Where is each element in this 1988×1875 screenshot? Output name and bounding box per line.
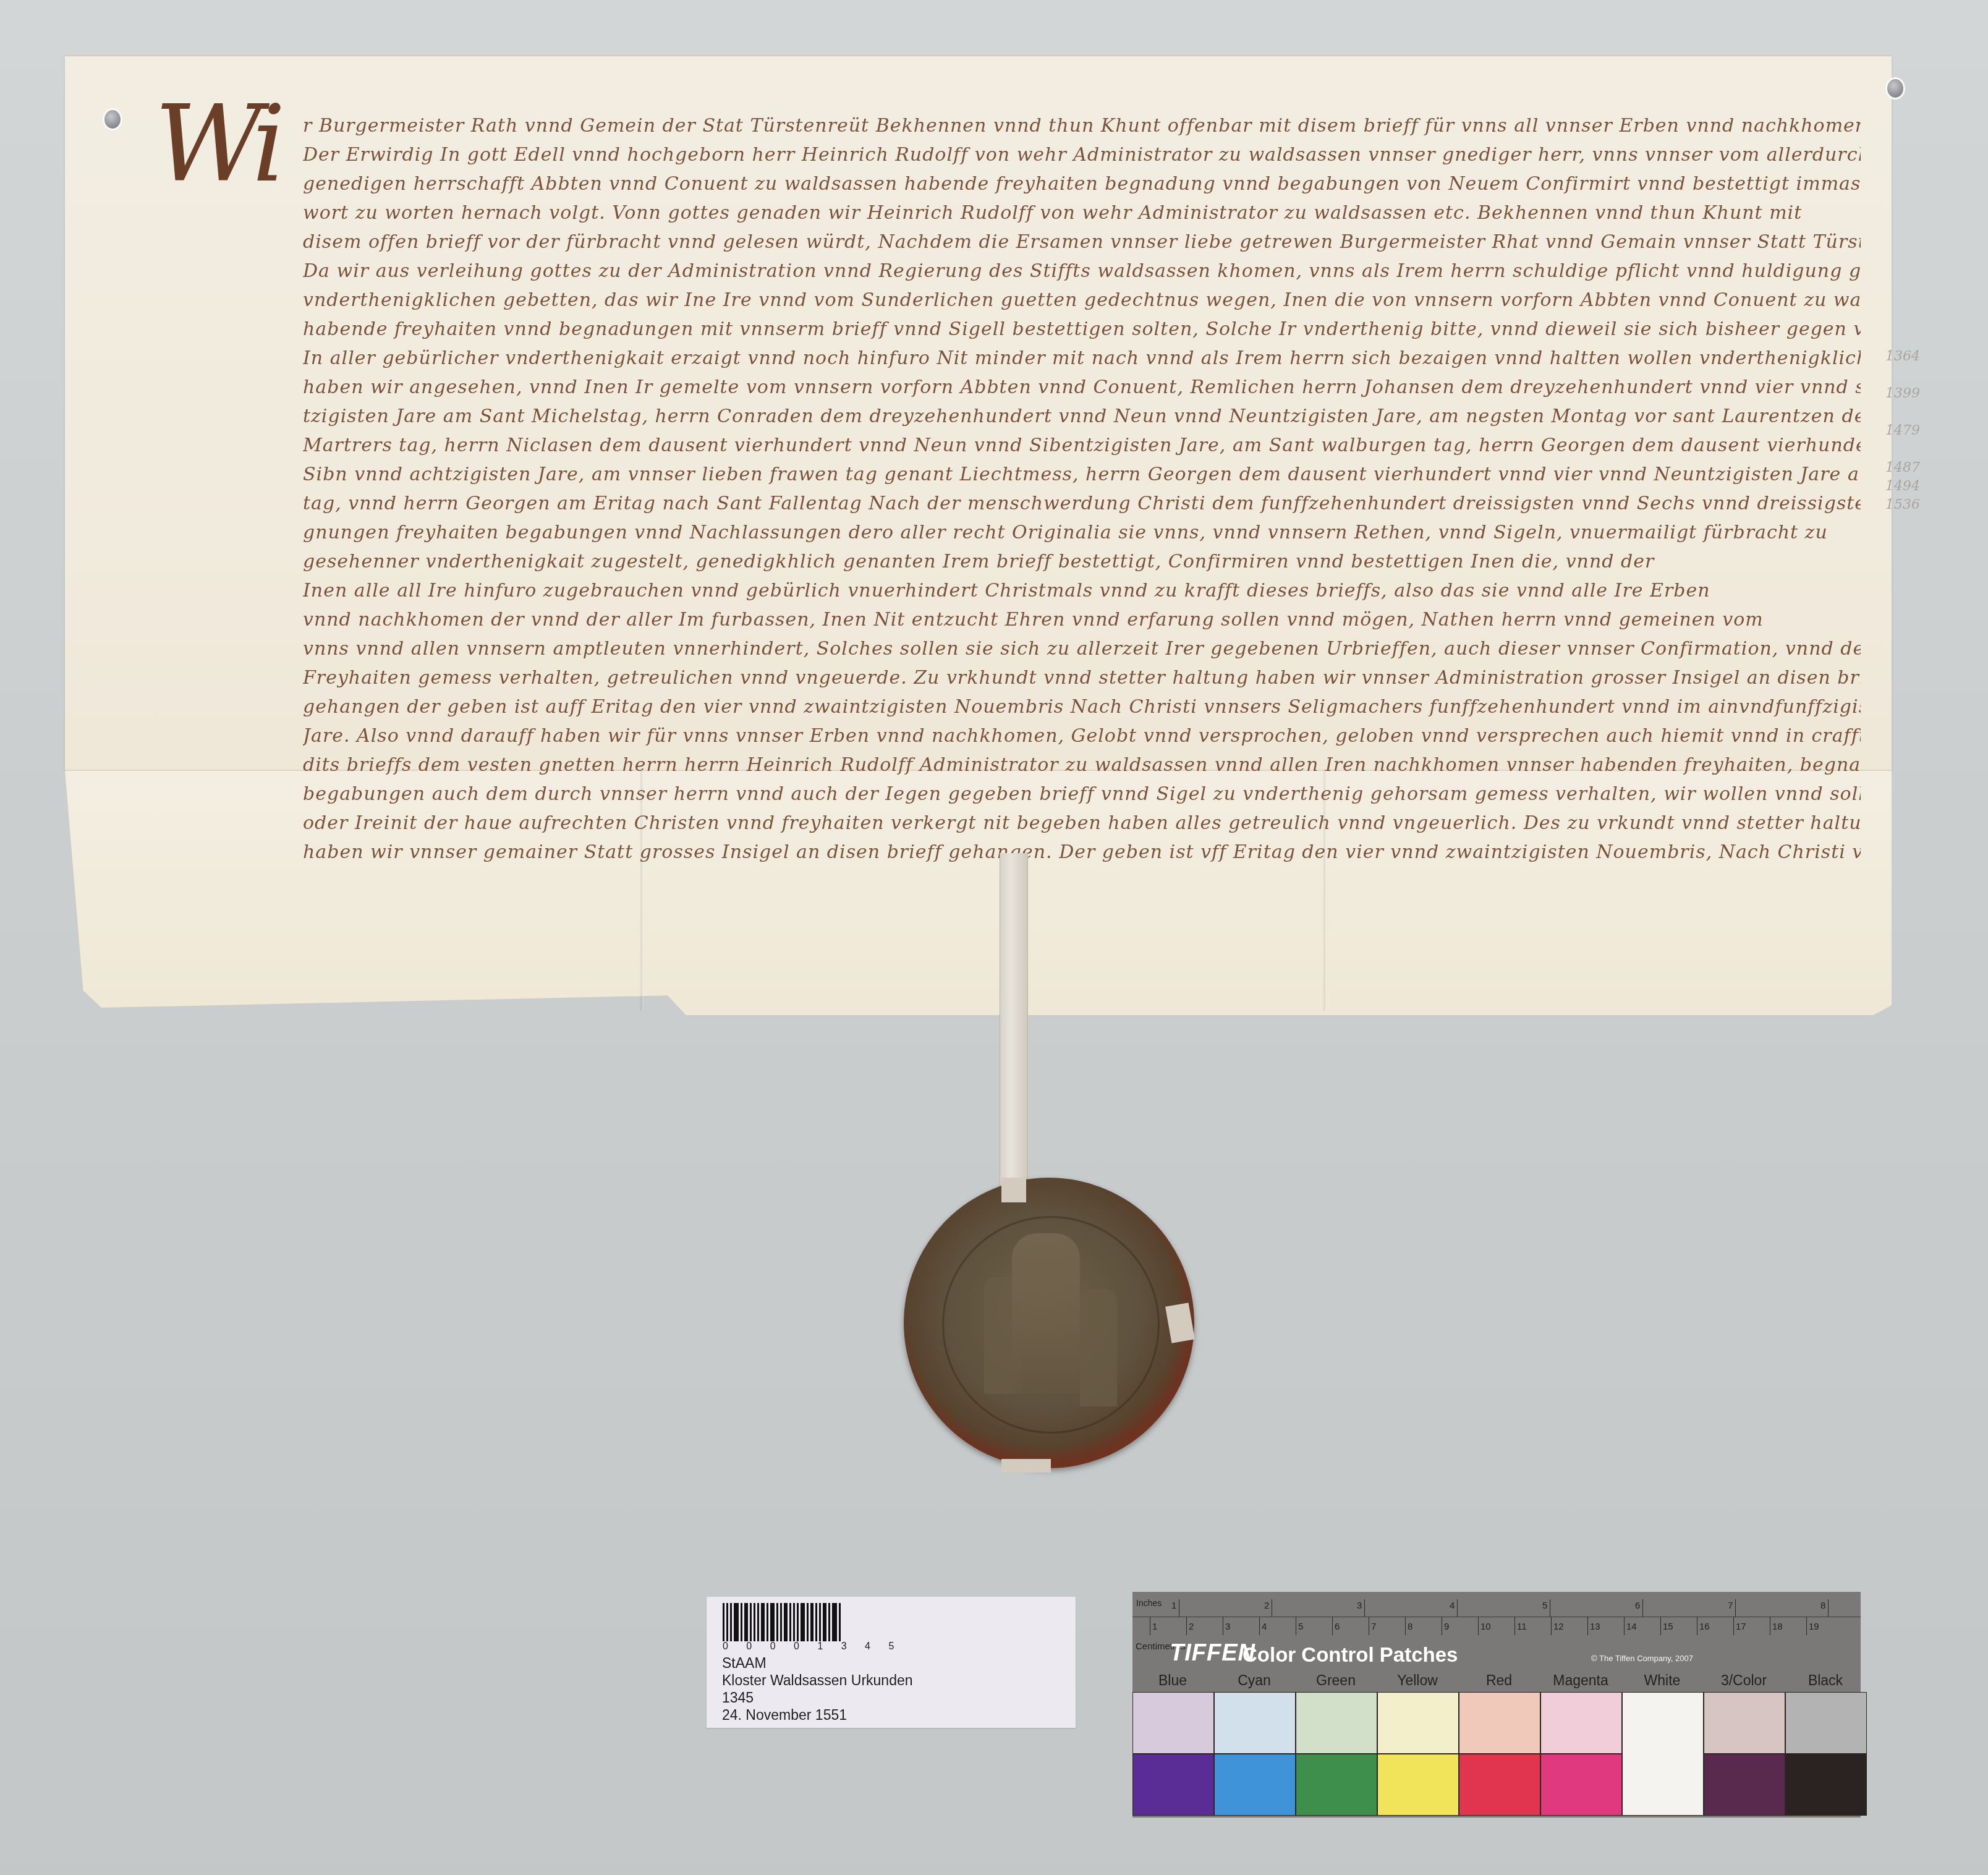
seal-tower-right <box>1080 1289 1117 1406</box>
charter-line: Freyhaiten gemess verhalten, getreuliche… <box>303 663 1861 692</box>
charter-line: gnungen freyhaiten begabungen vnnd Nachl… <box>303 518 1861 547</box>
patch-label-magenta: Magenta <box>1540 1672 1621 1689</box>
barcode-bar <box>801 1603 805 1641</box>
barcode-bar <box>730 1603 732 1641</box>
checker-copyright: © The Tiffen Company, 2007 <box>1591 1654 1693 1663</box>
cm-number: 7 <box>1371 1622 1376 1632</box>
patch-light <box>1214 1692 1296 1754</box>
cm-tick <box>1660 1617 1661 1635</box>
barcode-bar <box>815 1603 817 1641</box>
charter-line: oder Ireinit der haue aufrechten Christe… <box>303 809 1861 838</box>
cm-number: 8 <box>1408 1622 1412 1632</box>
patch-dark <box>1296 1754 1377 1816</box>
patch-label-white: White <box>1622 1672 1702 1689</box>
patch-label-black: Black <box>1785 1672 1866 1689</box>
cm-tick <box>1405 1617 1406 1635</box>
margin-note: 1364 <box>1885 346 1920 367</box>
mounting-pin-right-icon <box>1885 77 1905 100</box>
label-number: 1345 <box>722 1689 913 1706</box>
margin-note: 1487 <box>1885 457 1920 478</box>
barcode-bar <box>750 1603 752 1641</box>
barcode-bar <box>744 1603 748 1641</box>
inch-number: 4 <box>1450 1601 1455 1611</box>
charter-line: vnnd nachkhomen der vnnd der aller Im fu… <box>303 605 1861 634</box>
patch-light <box>1540 1692 1622 1754</box>
ruler-inches <box>1132 1592 1861 1617</box>
cm-tick <box>1296 1617 1296 1635</box>
inch-tick <box>1457 1599 1458 1617</box>
charter-line: Sibn vnnd achtzigisten Jare, am vnnser l… <box>303 460 1861 489</box>
cm-tick <box>1442 1617 1442 1635</box>
margin-note: 1536 <box>1885 495 1920 516</box>
barcode-bar <box>757 1603 759 1641</box>
barcode-bar <box>793 1603 795 1641</box>
inch-number: 2 <box>1264 1601 1269 1611</box>
cm-number: 18 <box>1772 1622 1783 1632</box>
barcode-bar <box>784 1603 788 1641</box>
barcode-bar <box>734 1603 739 1641</box>
barcode-bar <box>839 1603 841 1641</box>
margin-note: 1399 <box>1885 383 1920 404</box>
cm-tick <box>1369 1617 1369 1635</box>
cm-number: 15 <box>1663 1622 1673 1632</box>
label-text: StAAM Kloster Waldsassen Urkunden 1345 2… <box>722 1654 913 1724</box>
cm-number: 9 <box>1444 1622 1449 1632</box>
patch-light <box>1704 1692 1785 1754</box>
color-patches <box>1132 1692 1861 1816</box>
strap-bottom-tab <box>1001 1459 1051 1473</box>
barcode-bar <box>776 1603 778 1641</box>
checker-title: Color Control Patches <box>1242 1643 1458 1667</box>
cm-number: 14 <box>1626 1622 1637 1632</box>
cm-number: 13 <box>1590 1622 1600 1632</box>
cm-number: 19 <box>1809 1622 1819 1632</box>
cm-number: 2 <box>1189 1622 1194 1632</box>
charter-line: wort zu worten hernach volgt. Vonn gotte… <box>303 198 1861 227</box>
decorated-initial: Wi <box>155 83 277 206</box>
patch-dark <box>1785 1754 1867 1816</box>
inch-number: 7 <box>1728 1601 1733 1611</box>
seal-figure <box>1012 1233 1080 1394</box>
archive-label: 0 0 0 0 1 3 4 5 StAAM Kloster Waldsassen… <box>707 1597 1076 1728</box>
patch-dark <box>1704 1754 1785 1816</box>
barcode-digits: 0 0 0 0 1 3 4 5 <box>723 1641 902 1652</box>
cm-number: 11 <box>1517 1622 1527 1632</box>
cm-tick <box>1806 1617 1807 1635</box>
cm-tick <box>1514 1617 1515 1635</box>
barcode-bar <box>723 1603 724 1641</box>
inch-tick <box>1642 1599 1643 1617</box>
charter-line: Inen alle all Ire hinfuro zugebrauchen v… <box>303 576 1861 605</box>
charter-line: tag, vnnd herrn Georgen am Eritag nach S… <box>303 489 1861 518</box>
barcode-bar <box>807 1603 809 1641</box>
cm-number: 17 <box>1736 1622 1746 1632</box>
charter-line: haben wir angesehen, vnnd Inen Ir gemelt… <box>303 373 1861 402</box>
inch-tick <box>1735 1599 1736 1617</box>
charter-line: habende freyhaiten vnnd begnadungen mit … <box>303 315 1861 344</box>
label-date: 24. November 1551 <box>722 1706 913 1724</box>
patch-label-yellow: Yellow <box>1377 1672 1458 1689</box>
inch-number: 3 <box>1357 1601 1362 1611</box>
patch-light <box>1459 1692 1540 1754</box>
cm-tick <box>1770 1617 1770 1635</box>
charter-line: gehangen der geben ist auff Eritag den v… <box>303 692 1861 721</box>
inch-number: 8 <box>1820 1601 1825 1611</box>
inch-tick <box>1550 1599 1550 1617</box>
barcode-bar <box>828 1603 830 1641</box>
patch-light <box>1132 1692 1214 1754</box>
barcode <box>723 1603 843 1641</box>
barcode-bar <box>741 1603 742 1641</box>
patch-dark <box>1540 1754 1622 1816</box>
inch-number: 5 <box>1542 1601 1547 1611</box>
cm-tick <box>1478 1617 1479 1635</box>
inch-number: 1 <box>1171 1601 1176 1611</box>
inch-tick <box>1364 1599 1365 1617</box>
barcode-bar <box>832 1603 837 1641</box>
cm-tick <box>1551 1617 1552 1635</box>
cm-number: 4 <box>1262 1622 1267 1632</box>
charter-line: Da wir aus verleihung gottes zu der Admi… <box>303 257 1861 286</box>
charter-line: dits brieffs dem vesten gnetten herrn he… <box>303 750 1861 780</box>
cm-tick <box>1587 1617 1588 1635</box>
wax-seal <box>904 1178 1194 1468</box>
cm-tick <box>1150 1617 1150 1635</box>
cm-tick <box>1223 1617 1223 1635</box>
cm-number: 5 <box>1298 1622 1303 1632</box>
patch-label-cyan: Cyan <box>1214 1672 1294 1689</box>
barcode-bar <box>754 1603 755 1641</box>
charter-line: In aller gebürlicher vnderthenigkait erz… <box>303 344 1861 373</box>
inch-tick <box>1272 1599 1272 1617</box>
patch-names: BlueCyanGreenYellowRedMagentaWhite3/Colo… <box>1132 1672 1861 1691</box>
barcode-bar <box>767 1603 768 1641</box>
charter-line: Martrers tag, herrn Niclasen dem dausent… <box>303 431 1861 460</box>
cm-number: 6 <box>1335 1622 1340 1632</box>
inch-tick <box>1179 1599 1179 1617</box>
patch-label-blue: Blue <box>1132 1672 1213 1689</box>
charter-line: r Burgermeister Rath vnnd Gemein der Sta… <box>303 111 1861 140</box>
cm-number: 12 <box>1553 1622 1564 1632</box>
barcode-bar <box>780 1603 782 1641</box>
mounting-pin-left-icon <box>103 108 122 130</box>
seal-strap <box>1000 853 1028 1187</box>
inch-tick <box>1828 1599 1829 1617</box>
patch-light <box>1296 1692 1377 1754</box>
ruler-inches-label: Inches <box>1136 1598 1162 1608</box>
barcode-bar <box>819 1603 821 1641</box>
barcode-bar <box>823 1603 826 1641</box>
charter-line: tzigisten Jare am Sant Michelstag, herrn… <box>303 402 1861 431</box>
inch-number: 6 <box>1635 1601 1640 1611</box>
charter-line: begabungen auch dem durch vnnser herrn v… <box>303 780 1861 809</box>
charter-line: disem offen brieff vor der fürbracht vnn… <box>303 227 1861 257</box>
barcode-bar <box>797 1603 799 1641</box>
cm-tick <box>1186 1617 1187 1635</box>
cm-number: 3 <box>1225 1622 1230 1632</box>
strap-top-tab <box>1001 1178 1026 1202</box>
patch-dark <box>1377 1754 1459 1816</box>
charter-line: vnns vnnd allen vnnsern amptleuten vnner… <box>303 634 1861 663</box>
label-collection: Kloster Waldsassen Urkunden <box>722 1672 913 1689</box>
patch-light <box>1377 1692 1459 1754</box>
margin-note: 1479 <box>1885 420 1920 441</box>
barcode-bar <box>726 1603 728 1641</box>
cm-tick <box>1624 1617 1625 1635</box>
color-checker-card: Inches 123456781234567891011121314151617… <box>1132 1592 1861 1818</box>
patch-label-3-color: 3/Color <box>1704 1672 1784 1689</box>
charter-text: r Burgermeister Rath vnnd Gemein der Sta… <box>303 111 1861 867</box>
patch-light <box>1785 1692 1867 1754</box>
cm-number: 1 <box>1152 1622 1157 1632</box>
charter-line: Jare. Also vnnd darauff haben wir für vn… <box>303 721 1861 750</box>
patch-label-red: Red <box>1459 1672 1539 1689</box>
cm-tick <box>1259 1617 1260 1635</box>
patch-label-green: Green <box>1296 1672 1376 1689</box>
charter-line: haben wir vnnser gemainer Statt grosses … <box>303 838 1861 867</box>
margin-note: 1494 <box>1885 476 1920 497</box>
patch-dark <box>1459 1754 1540 1816</box>
cm-number: 10 <box>1480 1622 1491 1632</box>
charter-line: genedigen herrschafft Abbten vnnd Conuen… <box>303 169 1861 198</box>
cm-tick <box>1697 1617 1697 1635</box>
barcode-bar <box>761 1603 765 1641</box>
patch-white <box>1622 1692 1704 1816</box>
cm-tick <box>1733 1617 1734 1635</box>
barcode-bar <box>770 1603 775 1641</box>
patch-dark <box>1214 1754 1296 1816</box>
charter-line: Der Erwirdig In gott Edell vnnd hochgebo… <box>303 140 1861 169</box>
label-archive: StAAM <box>722 1654 913 1672</box>
charter-line: gesehenner vnderthenigkait zugestelt, ge… <box>303 547 1861 576</box>
patch-dark <box>1132 1754 1214 1816</box>
cm-tick <box>1332 1617 1333 1635</box>
cm-number: 16 <box>1699 1622 1710 1632</box>
barcode-bar <box>789 1603 791 1641</box>
barcode-bar <box>810 1603 813 1641</box>
charter-line: vnderthenigklichen gebetten, das wir Ine… <box>303 286 1861 315</box>
